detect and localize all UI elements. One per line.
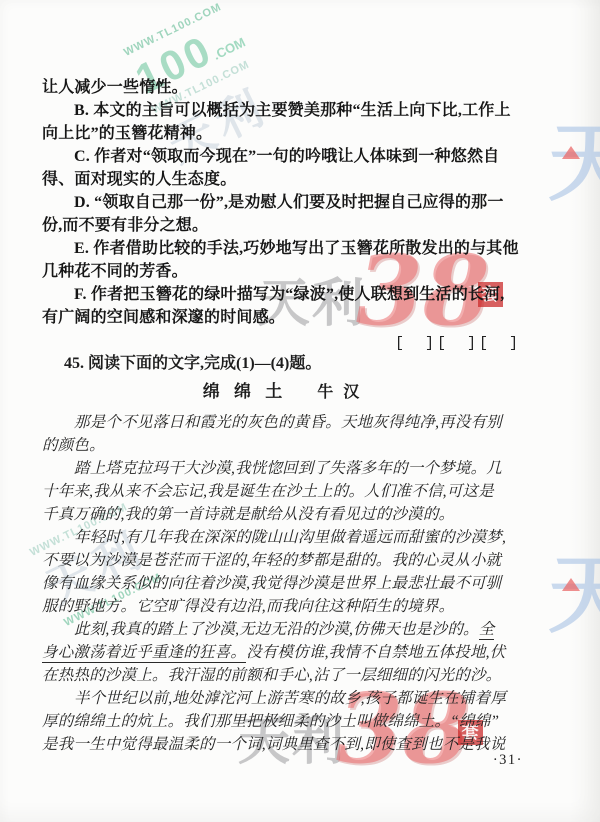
passage-text: 此刻,我真的踏上了沙漠,无边无沿的沙漠,仿佛天也是沙的。 xyxy=(74,621,479,638)
passage-title: 绵 绵 土 xyxy=(203,382,288,401)
option-line: 得、面对现实的人生态度。 xyxy=(42,168,523,191)
option-line: 让人减少一些惰性。 xyxy=(42,76,523,99)
option-line: 向上比”的玉簪花精神。 xyxy=(42,122,523,145)
passage-line: 半个世纪以前,地处滹沱河上游苦寒的故乡,孩子都诞生在铺着厚 xyxy=(42,687,523,710)
passage-line: 在热热的沙漠上。我汗湿的前额和手心,沾了一层细细的闪光的沙。 xyxy=(42,664,523,687)
underlined-text: 全 xyxy=(479,621,495,640)
watermark-tian-logo-lower: 天 xyxy=(548,552,600,638)
question-45-stem: 45. 阅读下面的文字,完成(1)—(4)题。 xyxy=(42,350,321,373)
passage-body: 那是个不见落日和霞光的灰色的黄昏。天地灰得纯净,再没有别 的颜色。 踏上塔克拉玛… xyxy=(42,411,523,756)
passage-line: 的颜色。 xyxy=(42,434,523,457)
passage-line: 踏上塔克拉玛干大沙漠,我恍惚回到了失落多年的一个梦境。几 xyxy=(42,457,523,480)
option-line-D: D. “领取自己那一份”,是劝慰人们要及时把握自己应得的那一 xyxy=(42,191,523,214)
option-line-F: F. 作者把玉簪花的绿叶描写为“绿波”,使人联想到生活的长河, xyxy=(42,283,523,306)
passage-line: 那是个不见落日和霞光的灰色的黄昏。天地灰得纯净,再没有别 xyxy=(42,411,523,434)
option-line-B: B. 本文的主旨可以概括为主要赞美那种“生活上向下比,工作上 xyxy=(42,99,523,122)
passage-line-with-underline: 身心激荡着近乎重逢的狂喜。没有模仿谁,我情不自禁地五体投地,伏 xyxy=(42,641,523,664)
passage-line: 千真万确的,我的第一首诗就是献给从没有看见过的沙漠的。 xyxy=(42,503,523,526)
passage-line: 十年来,我从来不会忘记,我是诞生在沙土上的。人们准不信,可这是 xyxy=(42,480,523,503)
page-number: ·31· xyxy=(493,752,523,769)
option-line: 几种花不同的芳香。 xyxy=(42,260,523,283)
passage-text: 没有模仿谁,我情不自禁地五体投地,伏 xyxy=(246,644,505,661)
tian-logo-red-triangle-icon xyxy=(562,146,580,159)
passage-line: 年轻时,有几年我在深深的陇山山沟里做着遥远而甜蜜的沙漠梦, xyxy=(42,526,523,549)
passage-line: 是我一生中觉得最温柔的一个词,词典里查不到,即使查到也不是我说 xyxy=(42,733,523,756)
tian-logo-red-triangle-icon xyxy=(562,578,580,591)
passage-title-line: 绵 绵 土牛 汉 xyxy=(42,377,523,402)
passage-line-with-underline: 此刻,我真的踏上了沙漠,无边无沿的沙漠,仿佛天也是沙的。全 xyxy=(42,618,523,641)
passage-line: 像有血缘关系似的向往着沙漠,我觉得沙漠是世界上最悲壮最不可驯 xyxy=(42,572,523,595)
passage-line: 不要以为沙漠是苍茫而干涩的,年轻的梦都是甜的。我的心灵从小就 xyxy=(42,549,523,572)
watermark-tian-logo-upper: 天 xyxy=(548,120,600,206)
option-line-C: C. 作者对“领取而今现在”一句的吟哦让人体味到一种悠然自 xyxy=(42,145,523,168)
page-text-content: 让人减少一些惰性。 B. 本文的主旨可以概括为主要赞美那种“生活上向下比,工作上… xyxy=(42,0,523,822)
tian-logo-glyph: 天 xyxy=(548,115,600,211)
multiple-choice-options: 让人减少一些惰性。 B. 本文的主旨可以概括为主要赞美那种“生活上向下比,工作上… xyxy=(42,76,523,329)
answer-brackets: [ ][ ][ ] xyxy=(395,331,521,352)
option-line: 份,而不要有非分之想。 xyxy=(42,214,523,237)
option-line: 有广阔的空间感和深邃的时间感。 xyxy=(42,306,523,329)
underlined-text: 身心激荡着近乎重逢的狂喜。 xyxy=(42,644,246,663)
tian-logo-glyph: 天 xyxy=(548,547,600,643)
passage-line: 服的野地方。它空旷得没有边沿,而我向往这种陌生的境界。 xyxy=(42,595,523,618)
passage-author: 牛 汉 xyxy=(317,384,362,401)
passage-line: 厚的绵绵土的炕上。我们那里把极细柔的沙土叫做绵绵土。“绵绵” xyxy=(42,710,523,733)
scanned-exam-page: WWW.TL100.COM 100.COM WWW.TL100.COM 天利 W… xyxy=(0,0,600,822)
option-line-E: E. 作者借助比较的手法,巧妙地写出了玉簪花所散发出的与其他 xyxy=(42,237,523,260)
